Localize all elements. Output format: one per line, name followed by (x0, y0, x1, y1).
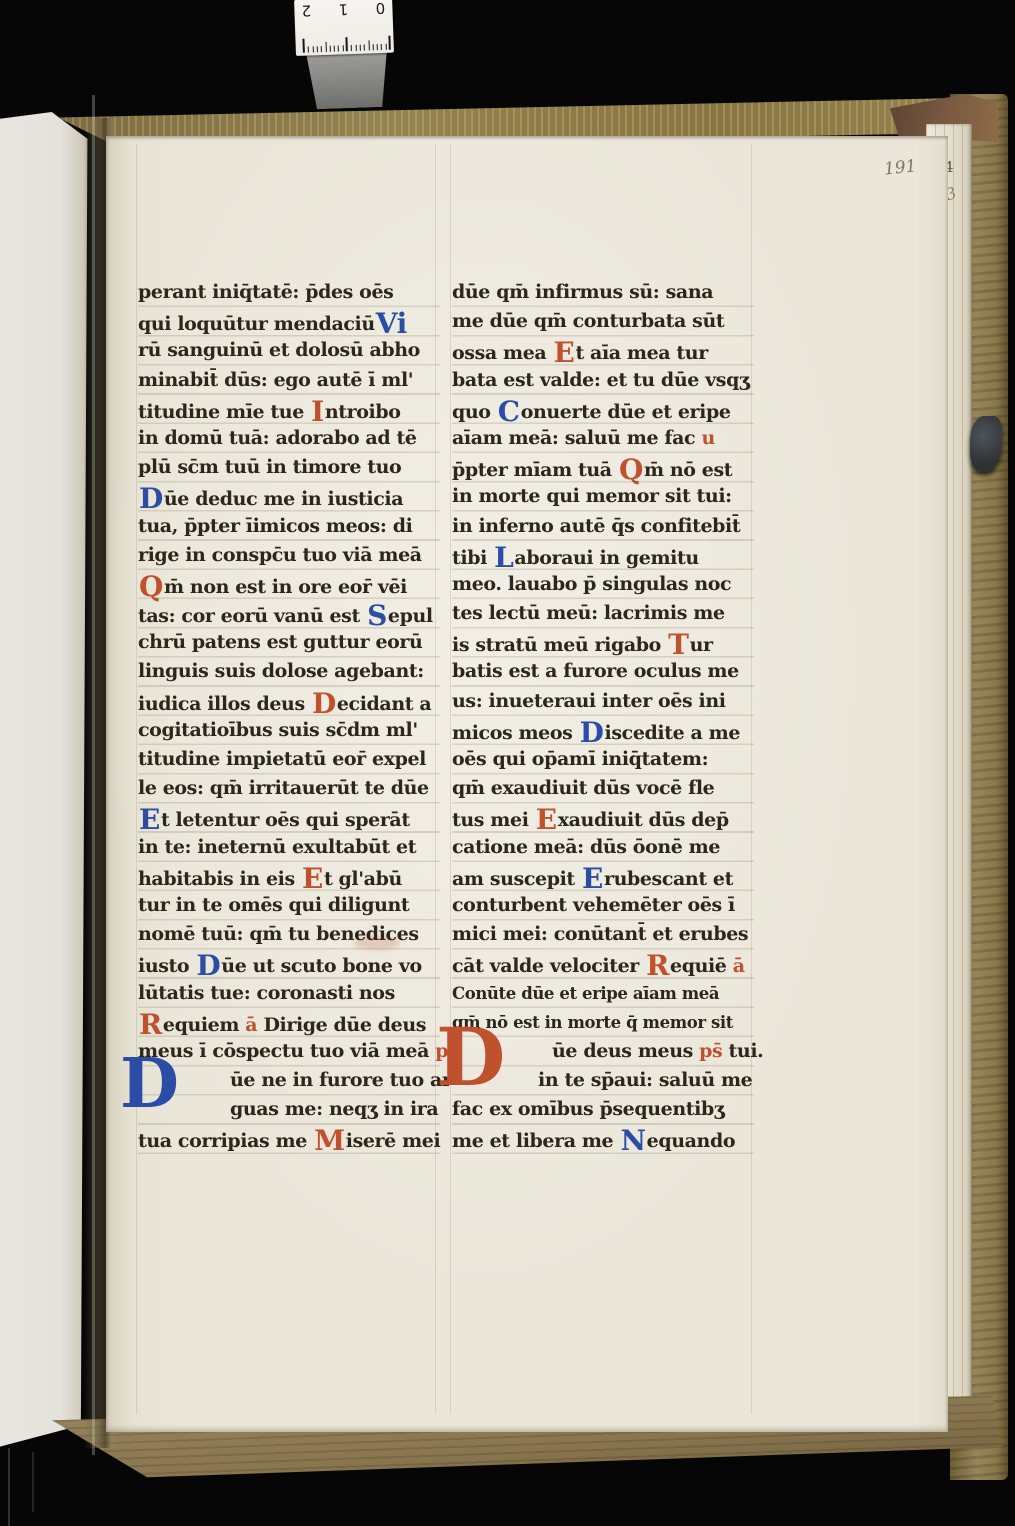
manuscript-line: batis est a furore oculus me (452, 657, 754, 686)
text-run: plū sc̄m tuū in timore tuo (138, 456, 401, 478)
text-column-right: dūe qm̄ infirmus sū: saname dūe qm̄ cont… (452, 278, 754, 1162)
colored-initial: E (302, 862, 323, 895)
manuscript-line: micos meos Discedite a me (452, 716, 754, 745)
ruler-scale: 2 1 0 (294, 0, 394, 56)
manuscript-line: titudine mīe tue Introibo (138, 395, 440, 424)
text-run: batis est a furore oculus me (452, 660, 739, 682)
colored-initial: E (536, 803, 557, 836)
colored-initial: E (554, 336, 575, 369)
text-run: in te: ineternū exultabūt et (138, 836, 416, 858)
colored-initial: C (498, 395, 520, 428)
text-run: le eos: qm̄ irritauerūt te dūe (138, 777, 429, 799)
text-run: epul (388, 605, 433, 627)
text-run: in inferno autē q̄s confitebit̄ (452, 515, 740, 537)
manuscript-line: titudine impietatū eor̄ expel (138, 745, 440, 774)
manuscript-line: bata est valde: et tu dūe vsqʒ (452, 366, 754, 395)
folio-number: 191 (883, 156, 917, 179)
ruling-line-vertical (136, 144, 137, 1414)
manuscript-line: me dūe qm̄ conturbata sūt (452, 307, 754, 336)
text-run: iscedite a me (605, 722, 740, 744)
manuscript-line: cāt valde velociter Requiē ā (452, 949, 754, 978)
text-run: bata est valde: et tu dūe vsqʒ (452, 369, 749, 391)
text-run: p̄pter mīam tuā (452, 459, 618, 481)
glass-edge-reflection (32, 1452, 34, 1512)
text-run: aīam meā: saluū me fac (452, 427, 701, 449)
text-run: m̄ non est in ore eor̄ vēi (164, 576, 407, 598)
manuscript-line: aīam meā: saluū me fac u (452, 424, 754, 453)
text-run: me dūe qm̄ conturbata sūt (452, 310, 724, 332)
text-run: qm̄ exaudiuit dūs vocē fle (452, 777, 714, 799)
manuscript-line: minabit̄ dūs: ego autē ī ml' (138, 366, 440, 395)
manuscript-line: linguis suis dolose agebant: (138, 657, 440, 686)
manuscript-line: Dūe deduc me in iusticia (138, 482, 440, 511)
colored-initial: M (314, 1124, 345, 1157)
manuscript-line: Qm̄ non est in ore eor̄ vēi (138, 570, 440, 599)
text-run: titudine mīe tue (138, 401, 310, 423)
text-run: rū sanguinū et dolosū abho (138, 339, 420, 361)
text-run: ecidant a (337, 693, 431, 715)
manuscript-line: mici mei: conūtant̄ et erubes (452, 920, 754, 949)
text-run: in domū tuā: adorabo ad tē (138, 427, 417, 449)
manuscript-line: quo Conuerte dūe et eripe (452, 395, 754, 424)
text-run: meus ī cōspectu tuo viā meā (138, 1040, 435, 1062)
colored-initial: I (311, 395, 324, 428)
manuscript-line: ūe ne in furore tuo ar (138, 1066, 440, 1095)
manuscript-line: in domū tuā: adorabo ad tē (138, 424, 440, 453)
text-run: tua, p̄pter īimicos meos: di (138, 515, 412, 537)
colored-initial: R (139, 1008, 162, 1041)
colored-initial: Q (619, 453, 643, 486)
colored-initial: E (139, 803, 160, 836)
text-run: m̄ nō est (644, 459, 732, 481)
manuscript-line: am suscepit Erubescant et (452, 862, 754, 891)
text-run: in morte qui memor sit tui: (452, 485, 732, 507)
text-run: am suscepit (452, 868, 581, 890)
manuscript-page: 191 perant iniq̄tatē: p̄des oēsqui loquū… (106, 136, 948, 1432)
manuscript-line: plū sc̄m tuū in timore tuo (138, 453, 440, 482)
dropcap-initial: D (436, 1023, 505, 1091)
manuscript-line: Et letentur oēs qui sperāt (138, 803, 440, 832)
colored-initial: D (139, 482, 163, 515)
text-run: tibi (452, 547, 493, 569)
text-run: ūe deduc me in iusticia (164, 488, 403, 510)
text-run: t aīa mea tur (575, 342, 707, 364)
manuscript-line: in inferno autē q̄s confitebit̄ (452, 512, 754, 541)
text-run: nomē tuū: qm̄ tu benedices (138, 923, 419, 945)
manuscript-line: ossa mea Et aīa mea tur (452, 336, 754, 365)
text-run: Conūte dūe et eripe aīam meā (452, 984, 719, 1003)
manuscript-line: catione meā: dūs ōonē me (452, 833, 754, 862)
text-run: linguis suis dolose agebant: (138, 660, 424, 682)
manuscript-line: cogitatioībus suis sc̄dm ml' (138, 716, 440, 745)
text-run: rubescant et (604, 868, 733, 890)
photo-background: 4 93 191 perant iniq̄tatē: p̄des oēsqui … (0, 0, 1015, 1526)
manuscript-line: in morte qui memor sit tui: (452, 482, 754, 511)
text-run: iudica illos deus (138, 693, 311, 715)
colored-initial: u (701, 427, 714, 449)
manuscript-line: le eos: qm̄ irritauerūt te dūe (138, 774, 440, 803)
colored-initial: E (582, 862, 603, 895)
text-run: equiē (670, 955, 733, 977)
manuscript-line: habitabis in eis Et gl'abū (138, 862, 440, 891)
colored-initial: D (196, 949, 220, 982)
text-run: xaudiuit dūs dep̄ (558, 809, 729, 831)
text-run: tur in te omēs qui diligunt (138, 894, 409, 916)
manuscript-line: me et libera me Nequando (452, 1124, 754, 1153)
manuscript-line: qm̄ exaudiuit dūs vocē fle (452, 774, 754, 803)
text-run: cāt valde velociter (452, 955, 645, 977)
manuscript-line: dūe qm̄ infirmus sū: sana (452, 278, 754, 307)
colored-initial: N (620, 1124, 645, 1157)
manuscript-line: tua corripias me Miserē mei (138, 1124, 440, 1153)
text-run: me et libera me (452, 1130, 619, 1152)
ruler-ticks (299, 34, 391, 53)
manuscript-line: tes lectū meū: lacrimis me (452, 599, 754, 628)
text-run: habitabis in eis (138, 868, 301, 890)
text-run: meo. lauabo p̄ singulas noc (452, 573, 731, 595)
colored-initial: S (367, 599, 387, 632)
manuscript-line: rige in conspc̄u tuo viā meā (138, 541, 440, 570)
manuscript-line: p̄pter mīam tuā Qm̄ nō est (452, 453, 754, 482)
text-run: iusto (138, 955, 195, 977)
manuscript-line: us: inueteraui inter oēs ini (452, 687, 754, 716)
dropcap-initial: D (120, 1056, 179, 1114)
text-run: iserē mei (346, 1130, 441, 1152)
text-run: tus mei (452, 809, 535, 831)
text-run: ur (690, 634, 713, 656)
manuscript-line: is stratū meū rigabo Tur (452, 628, 754, 657)
manuscript-line: oēs qui op̄amī iniq̄tatem: (452, 745, 754, 774)
manuscript-line: tur in te omēs qui diligunt (138, 891, 440, 920)
text-run: equiem (163, 1014, 245, 1036)
ruler-label: 1 (335, 0, 352, 19)
text-run: ūe ut scuto bone vo (221, 955, 421, 977)
text-run: conturbent vehemēter oēs ī (452, 894, 735, 916)
text-run: ntroibo (325, 401, 401, 423)
text-run: dūe qm̄ infirmus sū: sana (452, 281, 713, 303)
colored-initial: Vi (376, 307, 407, 340)
ruler-label: 2 (298, 1, 315, 20)
text-run: in te sp̄aui: saluū me (538, 1069, 752, 1091)
text-run: ossa mea (452, 342, 553, 364)
manuscript-line: lūtatis tue: coronasti nos (138, 979, 440, 1008)
manuscript-line: in te: ineternū exultabūt et (138, 833, 440, 862)
colored-initial: D (580, 716, 604, 749)
manuscript-line: qui loquūtur mendaciūVi (138, 307, 440, 336)
colored-initial: ā (245, 1014, 263, 1036)
text-run: equando (647, 1130, 735, 1152)
manuscript-line: tua, p̄pter īimicos meos: di (138, 512, 440, 541)
ruler: 2 1 0 (294, 0, 398, 114)
text-run: is stratū meū rigabo (452, 634, 667, 656)
manuscript-line: Conūte dūe et eripe aīam meā (452, 979, 754, 1008)
text-run: minabit̄ dūs: ego autē ī ml' (138, 369, 413, 391)
text-column-left: perant iniq̄tatē: p̄des oēsqui loquūtur … (138, 278, 440, 1162)
manuscript-line: tas: cor eorū vanū est Sepul (138, 599, 440, 628)
text-run: tas: cor eorū vanū est (138, 605, 366, 627)
text-run: catione meā: dūs ōonē me (452, 836, 720, 858)
text-run: ūe ne in furore tuo ar (230, 1069, 451, 1091)
manuscript-line: nomē tuū: qm̄ tu benedices (138, 920, 440, 949)
colored-initial: D (312, 687, 336, 720)
text-run: tes lectū meū: lacrimis me (452, 602, 725, 624)
manuscript-line: guas me: neqʒ in ira (138, 1095, 440, 1124)
manuscript-line: iusto Dūe ut scuto bone vo (138, 949, 440, 978)
text-run: aboraui in gemitu (514, 547, 698, 569)
text-run: micos meos (452, 722, 579, 744)
text-run: mici mei: conūtant̄ et erubes (452, 923, 748, 945)
text-run: perant iniq̄tatē: p̄des oēs (138, 281, 393, 303)
text-run: onuerte dūe et eripe (521, 401, 731, 423)
manuscript-line: chrū patens est guttur eorū (138, 628, 440, 657)
text-run: us: inueteraui inter oēs ini (452, 690, 726, 712)
colored-initial: T (668, 628, 688, 661)
manuscript-line: meus ī cōspectu tuo viā meā ps̄ (138, 1037, 440, 1066)
text-run: qui loquūtur mendaciū (138, 313, 375, 335)
colored-initial: Q (139, 570, 163, 603)
text-run: lūtatis tue: coronasti nos (138, 982, 395, 1004)
facing-page (0, 112, 94, 1452)
ruling-line-vertical (450, 144, 451, 1414)
colored-initial: L (494, 541, 513, 574)
text-run: quo (452, 401, 497, 423)
manuscript-line: perant iniq̄tatē: p̄des oēs (138, 278, 440, 307)
glass-edge-reflection (8, 1448, 10, 1526)
clasp-remnant (970, 416, 1002, 472)
text-run: titudine impietatū eor̄ expel (138, 748, 426, 770)
text-run: tui. (729, 1040, 764, 1062)
colored-initial: ps̄ (699, 1040, 728, 1062)
text-run: t letentur oēs qui sperāt (161, 809, 410, 831)
text-run: t gl'abū (324, 868, 402, 890)
text-run: oēs qui op̄amī iniq̄tatem: (452, 748, 708, 770)
manuscript-line: tus mei Exaudiuit dūs dep̄ (452, 803, 754, 832)
manuscript-line: tibi Laboraui in gemitu (452, 541, 754, 570)
text-run: rige in conspc̄u tuo viā meā (138, 544, 422, 566)
manuscript-line: iudica illos deus Decidant a (138, 687, 440, 716)
ruler-mount (302, 47, 392, 110)
text-run: ūe deus meus (552, 1040, 699, 1062)
text-run: chrū patens est guttur eorū (138, 631, 422, 653)
colored-initial: ā (733, 955, 745, 977)
glass-edge-reflection (92, 95, 95, 1455)
manuscript-line: meo. lauabo p̄ singulas noc (452, 570, 754, 599)
text-run: Dirige dūe deus (263, 1014, 426, 1036)
text-run: cogitatioībus suis sc̄dm ml' (138, 719, 418, 741)
manuscript-line: Requiem ā Dirige dūe deus (138, 1008, 440, 1037)
text-run: tua corripias me (138, 1130, 313, 1152)
manuscript-line: conturbent vehemēter oēs ī (452, 891, 754, 920)
text-run: guas me: neqʒ in ira (230, 1098, 438, 1120)
manuscript-line: rū sanguinū et dolosū abho (138, 336, 440, 365)
colored-initial: R (646, 949, 669, 982)
ruler-label: 0 (372, 0, 389, 17)
